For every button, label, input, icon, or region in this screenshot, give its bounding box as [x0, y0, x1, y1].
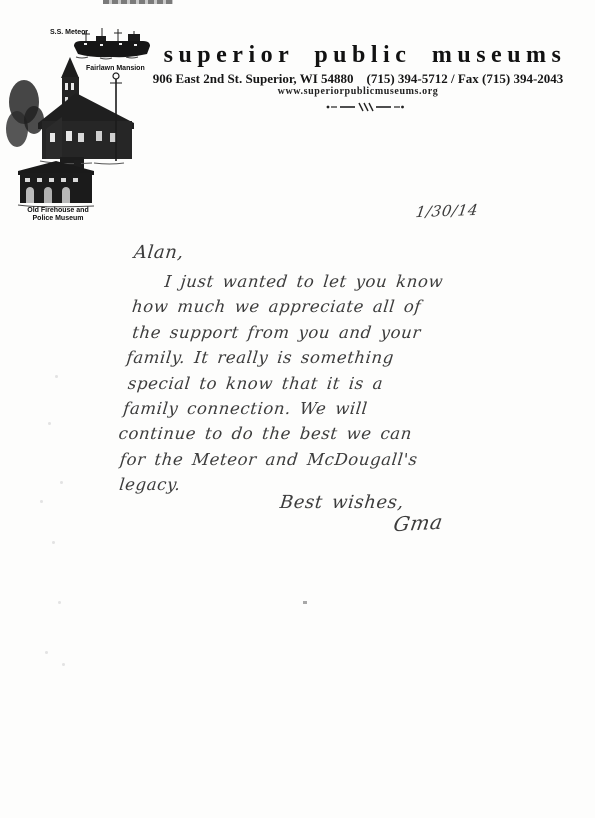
old-firehouse-illustration: [16, 158, 96, 208]
body-line: family connection. We will: [122, 396, 493, 421]
scan-speck: [52, 541, 55, 544]
body-line: for the Meteor and McDougall's: [119, 447, 488, 472]
scan-artifact-top-bar: [103, 0, 173, 4]
scan-speck: [40, 500, 43, 503]
handwritten-date: 1/30/14: [415, 201, 480, 221]
letter-body: I just wanted to let you know how much w…: [112, 269, 506, 498]
scan-speck: [58, 601, 61, 604]
body-line: how much we appreciate all of: [131, 294, 504, 319]
body-line: I just wanted to let you know: [133, 269, 506, 294]
body-line: family. It really is something: [125, 345, 498, 370]
old-firehouse-label-line2: Police Museum: [12, 215, 104, 223]
signature: Gma: [392, 510, 445, 537]
scan-speck: [60, 481, 63, 484]
body-line: continue to do the best we can: [117, 421, 490, 446]
scanned-letter-page: S.S. Meteor Fairlawn Mansion: [0, 0, 595, 818]
museum-address-phone: 906 East 2nd St. Superior, WI 54880 (715…: [128, 71, 588, 87]
scan-speck: [45, 651, 48, 654]
body-line: the support from you and your: [131, 320, 501, 345]
salutation: Alan,: [133, 242, 185, 263]
scan-speck: [48, 422, 51, 425]
scan-speck: [55, 375, 58, 378]
old-firehouse-label-line1: Old Firehouse and: [12, 207, 104, 215]
museum-title: superior public museums: [145, 42, 585, 69]
museum-website: www.superiorpublicmuseums.org: [128, 86, 588, 97]
closing: Best wishes,: [279, 492, 405, 513]
fairlawn-mansion-illustration: [4, 57, 144, 171]
body-line: special to know that it is a: [127, 371, 496, 396]
ss-meteor-ship-illustration: [72, 27, 152, 61]
scan-speck: [62, 663, 65, 666]
divider-ornament-icon: [325, 102, 405, 112]
old-firehouse-label: Old Firehouse and Police Museum: [12, 207, 104, 223]
scan-speck: [303, 601, 307, 604]
